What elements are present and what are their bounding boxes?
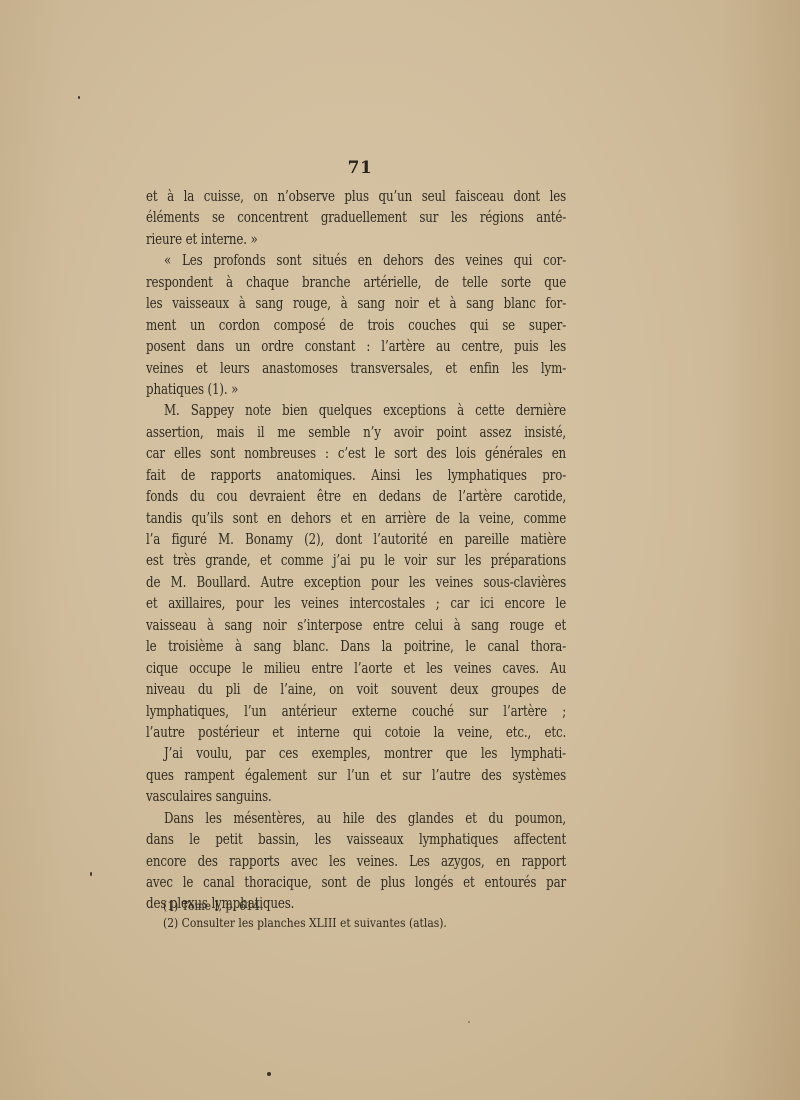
text-line-content: Dans les mésentères, au hile des glandes… <box>164 808 566 829</box>
text-line-content: fait de rapports anatomiques. Ainsi les … <box>146 465 566 486</box>
text-line: phatiques (1). » <box>146 379 566 400</box>
footnote-text: (2) Consulter les planches XLIII et suiv… <box>163 914 524 931</box>
text-line-content: car elles sont nombreuses : c’est le sor… <box>146 443 566 464</box>
text-line: est très grande, et comme j’ai pu le voi… <box>146 550 566 571</box>
paper-speck <box>267 1072 271 1076</box>
body-text: et à la cuisse, on n’observe plus qu’un … <box>146 186 566 915</box>
text-line-content: encore des rapports avec les veines. Les… <box>146 851 566 872</box>
text-line-content: et axillaires, pour les veines intercost… <box>146 593 566 614</box>
text-line: les vaisseaux à sang rouge, à sang noir … <box>146 293 566 314</box>
text-line-content: fonds du cou devraient être en dedans de… <box>146 486 566 507</box>
footnote-1: (1) Tome I, p. 614. <box>163 897 583 914</box>
text-line: rieure et interne. » <box>146 229 566 250</box>
text-line: le troisième à sang blanc. Dans la poitr… <box>146 636 566 657</box>
text-line-content: niveau du pli de l’aine, on voit souvent… <box>146 679 566 700</box>
text-line: et axillaires, pour les veines intercost… <box>146 593 566 614</box>
text-line: éléments se concentrent graduellement su… <box>146 207 566 228</box>
text-line-content: ques rampent également sur l’un et sur l… <box>146 765 566 786</box>
text-line: lymphatiques, l’un antérieur externe cou… <box>146 701 566 722</box>
text-line-content: les vaisseaux à sang rouge, à sang noir … <box>146 293 566 314</box>
paper-speck <box>90 872 92 876</box>
text-line: vasculaires sanguins. <box>146 786 566 807</box>
text-line-content: dans le petit bassin, les vaisseaux lymp… <box>146 829 566 850</box>
text-line: M. Sappey note bien quelques exceptions … <box>146 400 566 421</box>
text-line: ment un cordon composé de trois couches … <box>146 315 566 336</box>
text-line-content: J’ai voulu, par ces exemples, montrer qu… <box>164 743 566 764</box>
footnote-text: (1) Tome I, p. 614. <box>163 897 524 914</box>
text-line: encore des rapports avec les veines. Les… <box>146 851 566 872</box>
footnote-2: (2) Consulter les planches XLIII et suiv… <box>163 914 583 931</box>
text-line: fonds du cou devraient être en dedans de… <box>146 486 566 507</box>
text-line: cique occupe le milieu entre l’aorte et … <box>146 658 566 679</box>
text-line: niveau du pli de l’aine, on voit souvent… <box>146 679 566 700</box>
text-line: tandis qu’ils sont en dehors et en arriè… <box>146 508 566 529</box>
text-line-content: ment un cordon composé de trois couches … <box>146 315 566 336</box>
footnotes: (1) Tome I, p. 614.(2) Consulter les pla… <box>163 897 583 931</box>
text-line-content: veines et leurs anastomoses transversale… <box>146 358 566 379</box>
text-line: car elles sont nombreuses : c’est le sor… <box>146 443 566 464</box>
text-line: « Les profonds sont situés en dehors des… <box>146 250 566 271</box>
text-line-content: l’a figuré M. Bonamy (2), dont l’autorit… <box>146 529 566 550</box>
paper-speck <box>468 1021 470 1023</box>
text-line-content: lymphatiques, l’un antérieur externe cou… <box>146 701 566 722</box>
text-line-content: respondent à chaque branche artérielle, … <box>146 272 566 293</box>
text-line: posent dans un ordre constant : l’artère… <box>146 336 566 357</box>
page-number: 71 <box>0 158 720 178</box>
text-line: et à la cuisse, on n’observe plus qu’un … <box>146 186 566 207</box>
text-line: dans le petit bassin, les vaisseaux lymp… <box>146 829 566 850</box>
text-line: veines et leurs anastomoses transversale… <box>146 358 566 379</box>
text-line: fait de rapports anatomiques. Ainsi les … <box>146 465 566 486</box>
text-line-content: éléments se concentrent graduellement su… <box>146 207 566 228</box>
paper-speck <box>78 96 80 99</box>
text-line-content: est très grande, et comme j’ai pu le voi… <box>146 550 566 571</box>
text-line-content: le troisième à sang blanc. Dans la poitr… <box>146 636 566 657</box>
text-line-content: avec le canal thoracique, sont de plus l… <box>146 872 566 893</box>
text-line-content: assertion, mais il me semble n’y avoir p… <box>146 422 566 443</box>
text-line-content: tandis qu’ils sont en dehors et en arriè… <box>146 508 566 529</box>
text-line: Dans les mésentères, au hile des glandes… <box>146 808 566 829</box>
text-line-content: cique occupe le milieu entre l’aorte et … <box>146 658 566 679</box>
text-line-content: posent dans un ordre constant : l’artère… <box>146 336 566 357</box>
text-line-content: vasculaires sanguins. <box>146 786 566 807</box>
text-line-content: et à la cuisse, on n’observe plus qu’un … <box>146 186 566 207</box>
text-line: vaisseau à sang noir s’interpose entre c… <box>146 615 566 636</box>
text-line: l’autre postérieur et interne qui cotoie… <box>146 722 566 743</box>
text-line-content: phatiques (1). » <box>146 379 566 400</box>
text-line: avec le canal thoracique, sont de plus l… <box>146 872 566 893</box>
text-line-content: de M. Boullard. Autre exception pour les… <box>146 572 566 593</box>
text-line-content: M. Sappey note bien quelques exceptions … <box>164 400 566 421</box>
text-line-content: rieure et interne. » <box>146 229 566 250</box>
text-line-content: « Les profonds sont situés en dehors des… <box>164 250 566 271</box>
text-line: assertion, mais il me semble n’y avoir p… <box>146 422 566 443</box>
text-line: ques rampent également sur l’un et sur l… <box>146 765 566 786</box>
text-line: l’a figuré M. Bonamy (2), dont l’autorit… <box>146 529 566 550</box>
text-line-content: l’autre postérieur et interne qui cotoie… <box>146 722 566 743</box>
text-line-content: vaisseau à sang noir s’interpose entre c… <box>146 615 566 636</box>
text-line: J’ai voulu, par ces exemples, montrer qu… <box>146 743 566 764</box>
text-line: respondent à chaque branche artérielle, … <box>146 272 566 293</box>
text-line: de M. Boullard. Autre exception pour les… <box>146 572 566 593</box>
